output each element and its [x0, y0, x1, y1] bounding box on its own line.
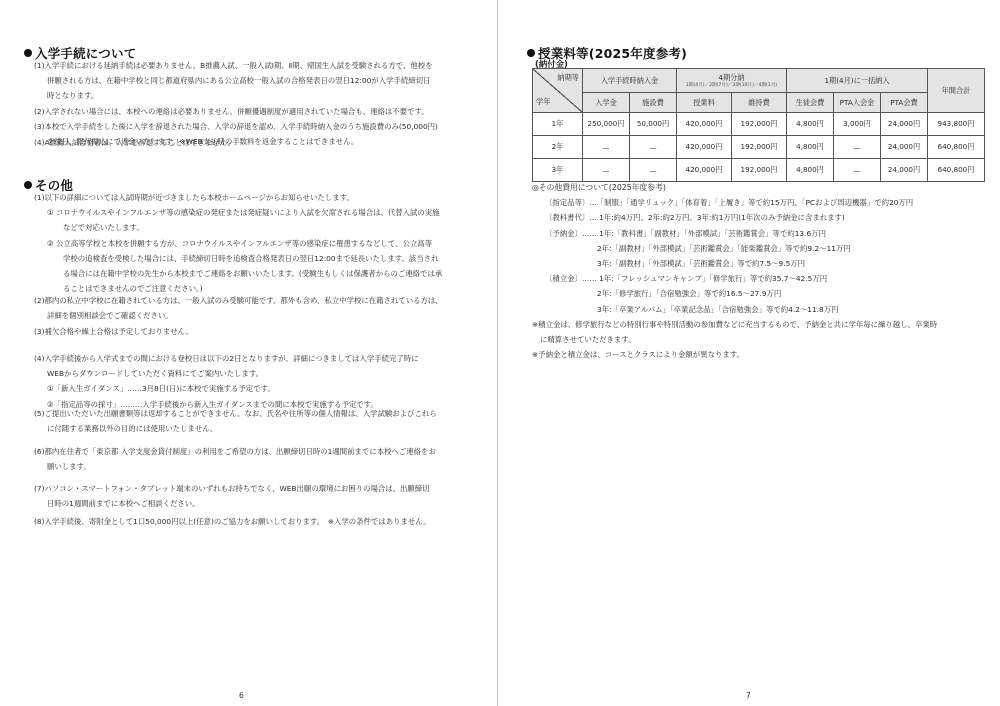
- text-line: ② 公立高等学校と本校を併願する方が、コロナウイルスやインフルエンザ等の感染症に…: [34, 236, 442, 251]
- column-header: 授業料: [677, 93, 732, 113]
- corner-header-cell: 納期等 学年: [533, 69, 583, 113]
- group-header-lump-sum: 1期(4月)に一括納入: [787, 69, 928, 93]
- text-line: (8)入学手続後、寄附金として1口50,000円以上(任意)のご協力をお願いして…: [34, 517, 431, 526]
- column-header: 施設費: [630, 93, 677, 113]
- bullet-icon: [24, 181, 32, 189]
- table-cell: 24,000円: [881, 113, 928, 136]
- text-line: に付随する業務以外の目的には使用いたしません。: [34, 421, 437, 436]
- cost-line: 〔指定品等〕…「制服」「通学リュック」「体育着」「上履き」等で約15万円、「PC…: [532, 195, 937, 210]
- table-cell: 4,800円: [787, 159, 834, 182]
- text-line: WEBからダウンロードしていただく資料にてご案内いたします。: [34, 366, 419, 381]
- table-cell: —: [630, 136, 677, 159]
- table-cell: 420,000円: [677, 113, 732, 136]
- text-line: (2)入学されない場合には、本校への連絡は必要ありません。併願優遇制度が適用され…: [34, 107, 429, 116]
- text-line: (4)A推薦入試合格者は、入学を辞退することはできません。: [34, 138, 235, 147]
- table-row: 1年 250,000円 50,000円 420,000円 192,000円 4,…: [533, 113, 985, 136]
- table-cell: 4,800円: [787, 113, 834, 136]
- table-cell: —: [834, 136, 881, 159]
- cost-line: 3年:「卒業アルバム」「卒業記念品」「合宿勉強会」等で約4.2～11.8万円: [532, 302, 937, 317]
- bullet-icon: [527, 49, 535, 57]
- grade-cell: 1年: [533, 113, 583, 136]
- table-cell: 250,000円: [583, 113, 630, 136]
- table-cell: —: [630, 159, 677, 182]
- column-header: 入学金: [583, 93, 630, 113]
- bullet-icon: [24, 49, 32, 57]
- cost-line: 2年:「修学旅行」「合宿勉強会」等で約16.5～27.9万円: [532, 286, 937, 301]
- table-cell: 24,000円: [881, 136, 928, 159]
- text-line: ① コロナウイルスやインフルエンザ等の感染症の発症または発症疑いにより入試を欠席…: [34, 205, 442, 220]
- group-header-admission: 入学手続時納入金: [583, 69, 677, 93]
- text-line: (1)入学手続における延納手続は必要ありません。B推薦入試、一般入試Ⅰ期、Ⅱ期、…: [34, 61, 433, 70]
- admission-item-1: (1)入学手続における延納手続は必要ありません。B推薦入試、一般入試Ⅰ期、Ⅱ期、…: [34, 58, 433, 104]
- other-item-7: (7)パソコン・スマートフォン・タブレット端末のいずれもお持ちでなく、WEB出願…: [34, 481, 430, 511]
- page-number: 6: [239, 691, 244, 700]
- table-cell: 640,800円: [928, 136, 985, 159]
- text-line: (6)都内在住者で「東京都 入学支度金貸付制度」の利用をご希望の方は、出願締切日…: [34, 447, 436, 456]
- left-page: 入学手続について (1)入学手続における延納手続は必要ありません。B推薦入試、一…: [0, 0, 498, 706]
- text-line: 詳細を個別相談会でご確認ください。: [34, 308, 443, 323]
- page-number: 7: [746, 691, 751, 700]
- table-cell: 420,000円: [677, 159, 732, 182]
- grade-cell: 2年: [533, 136, 583, 159]
- text-line: (3)補欠合格や繰上合格は予定しておりません。: [34, 327, 193, 336]
- text-line: 時となります。: [34, 88, 433, 103]
- note-line: ※予納金と積立金は、コースとクラスにより金額が異なります。: [532, 350, 744, 359]
- admission-item-4: (4)A推薦入試合格者は、入学を辞退することはできません。: [34, 135, 235, 150]
- table-cell: 192,000円: [732, 113, 787, 136]
- table-row: 2年 — — 420,000円 192,000円 4,800円 — 24,000…: [533, 136, 985, 159]
- corner-top-label: 納期等: [557, 73, 579, 83]
- other-item-3: (3)補欠合格や繰上合格は予定しておりません。: [34, 324, 193, 339]
- cost-line: 2年:「副教材」「外部模試」「芸術鑑賞会」「能楽鑑賞会」等で約9.2～11万円: [532, 241, 937, 256]
- table-cell: 192,000円: [732, 136, 787, 159]
- text-line: 願いします。: [34, 459, 436, 474]
- cost-line: 〔予納金〕…… 1年:「教科書」「副教材」「外部模試」「芸術鑑賞会」等で約13.…: [532, 226, 937, 241]
- text-line: (5)ご提出いただいた出願書類等は返却することができません。なお、氏名や住所等の…: [34, 409, 437, 418]
- group-header-label: 4期分納: [718, 73, 744, 82]
- group-header-sublabel: 1期(4月)／2期(7月)／3期(10月)／4期(1月): [677, 83, 786, 89]
- text-line: などで対応いたします。: [34, 220, 442, 235]
- group-header-annual-total: 年間合計: [928, 69, 985, 113]
- table-cell: 943,800円: [928, 113, 985, 136]
- tuition-table: 納期等 学年 入学手続時納入金 4期分納 1期(4月)／2期(7月)／3期(10…: [532, 68, 985, 182]
- text-line: (7)パソコン・スマートフォン・タブレット端末のいずれもお持ちでなく、WEB出願…: [34, 484, 430, 493]
- column-header: PTA入会金: [834, 93, 881, 113]
- table-cell: 192,000円: [732, 159, 787, 182]
- text-line: (1)以下の詳細については入試時期が近づきましたら本校ホームページからお知らせい…: [34, 193, 354, 202]
- note-line: に精算させていただきます。: [532, 332, 937, 347]
- cost-line: 〔積立金〕…… 1年:「フレッシュマンキャンプ」「修学旅行」等で約35.7～42…: [532, 271, 937, 286]
- table-cell: 420,000円: [677, 136, 732, 159]
- right-page: 授業料等(2025年度参考) (納付金) 納期等 学年 入学手続時納入金 4期分…: [499, 0, 1000, 706]
- other-item-5: (5)ご提出いただいた出願書類等は返却することができません。なお、氏名や住所等の…: [34, 406, 437, 436]
- text-line: (3)本校で入学手続をした後に入学を辞退された場合、入学の辞退を認め、入学手続時…: [34, 122, 438, 131]
- table-cell: —: [834, 159, 881, 182]
- text-line: 併願される方は、在籍中学校と同じ都道府県内にある公立高校一般入試の合格発表日の翌…: [34, 73, 433, 88]
- column-header: 維持費: [732, 93, 787, 113]
- other-item-4: (4)入学手続後から入学式までの間における登校日は以下の2日となりますが、詳細に…: [34, 351, 419, 412]
- table-cell: 4,800円: [787, 136, 834, 159]
- text-line: 日時の1週間前までに本校へご相談ください。: [34, 496, 430, 511]
- admission-item-2: (2)入学されない場合には、本校への連絡は必要ありません。併願優遇制度が適用され…: [34, 104, 429, 119]
- text-line: (2)都内の私立中学校に在籍されている方は、一般入試のみ受験可能です。都外も含め…: [34, 296, 443, 305]
- other-item-2: (2)都内の私立中学校に在籍されている方は、一般入試のみ受験可能です。都外も含め…: [34, 293, 443, 323]
- text-line: る場合には在籍中学校の先生から本校までご連絡をお願いいたします。(受験生もしくは…: [34, 266, 442, 281]
- table-cell: 50,000円: [630, 113, 677, 136]
- group-header-quarterly: 4期分納 1期(4月)／2期(7月)／3期(10月)／4期(1月): [677, 69, 787, 93]
- table-cell: —: [583, 136, 630, 159]
- note-line: ※積立金は、修学旅行などの特別行事や特別活動の参加費などに充当するもので、予納金…: [532, 320, 937, 329]
- column-header: PTA会費: [881, 93, 928, 113]
- column-header: 生徒会費: [787, 93, 834, 113]
- other-costs-section: ◎その他費用について(2025年度参考) 〔指定品等〕…「制服」「通学リュック」…: [532, 180, 937, 362]
- text-line: (4)入学手続後から入学式までの間における登校日は以下の2日となりますが、詳細に…: [34, 354, 419, 363]
- text-line: ①「新入生ガイダンス」……3月8日(日)に本校で実施する予定です。: [34, 381, 419, 396]
- grade-cell: 3年: [533, 159, 583, 182]
- corner-bottom-label: 学年: [536, 97, 550, 107]
- other-item-1: (1)以下の詳細については入試時期が近づきましたら本校ホームページからお知らせい…: [34, 190, 442, 296]
- other-item-8: (8)入学手続後、寄附金として1口50,000円以上(任意)のご協力をお願いして…: [34, 514, 431, 529]
- cost-line: 3年:「副教材」「外部模試」「芸術鑑賞会」等で約7.5～9.5万円: [532, 256, 937, 271]
- other-item-6: (6)都内在住者で「東京都 入学支度金貸付制度」の利用をご希望の方は、出願締切日…: [34, 444, 436, 474]
- text-line: 学校の追検査を受検した場合には、手続締切日時を追検査合格発表日の翌日12:00ま…: [34, 251, 442, 266]
- table-cell: 640,800円: [928, 159, 985, 182]
- table-cell: 3,000円: [834, 113, 881, 136]
- table-row: 3年 — — 420,000円 192,000円 4,800円 — 24,000…: [533, 159, 985, 182]
- table-cell: 24,000円: [881, 159, 928, 182]
- table-cell: —: [583, 159, 630, 182]
- cost-line: 〔教科書代〕… 1年:約4万円、2年:約2万円、3年:約1万円(1年次のみ予納金…: [532, 210, 937, 225]
- other-costs-title: ◎その他費用について(2025年度参考): [532, 183, 666, 192]
